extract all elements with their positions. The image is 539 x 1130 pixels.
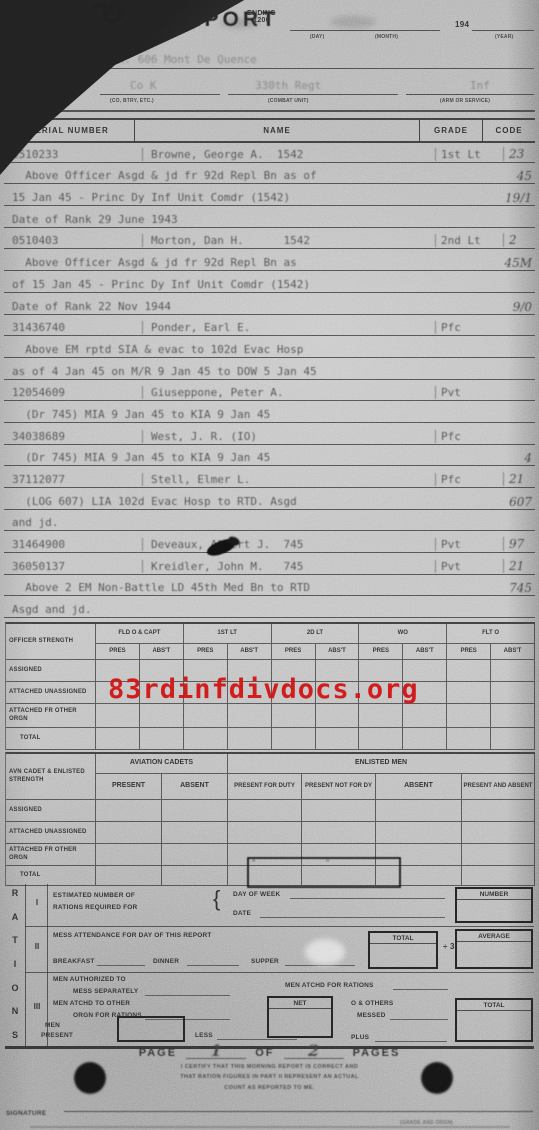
roster-name: Kreidler, John M. 745 [142, 560, 435, 573]
estimated-label-2: RATIONS REQUIRED FOR [53, 904, 137, 911]
empty-cell [376, 822, 462, 844]
roster-code: 23 [503, 147, 535, 161]
date-label: DATE [233, 910, 251, 917]
empty-cell [359, 728, 403, 750]
plus-label: PLUS [351, 1034, 369, 1041]
signature-label: SIGNATURE [6, 1110, 47, 1117]
empty-cell [96, 728, 140, 750]
roster-note: 15 Jan 45 - Princ Dy Inf Unit Comdr (154… [4, 191, 535, 204]
roster-grade: 1st Lt [435, 148, 503, 161]
roster-line: Above Officer Asgd & jd fr 92d Repl Bn a… [4, 163, 535, 185]
roster-note: and jd. [4, 516, 535, 529]
empty-cell [447, 682, 491, 704]
station-line [60, 68, 534, 69]
rations-side-label: RA TI ON S [5, 888, 25, 1040]
roster-grade: Pfc [435, 321, 503, 334]
total-box-2: TOTAL [455, 998, 533, 1042]
morning-report-scan: MORNING REPORT ENDING 1200 (DAY) (MONTH)… [0, 0, 539, 1130]
roster-grade: Pvt [435, 560, 503, 573]
roster-line: 36050137Kreidler, John M. 745Pvt21 [4, 553, 535, 575]
blank-line [260, 917, 445, 918]
empty-cell [491, 682, 535, 704]
number-box: NUMBER [455, 887, 533, 923]
org-caption-2: (COMBAT UNIT) [268, 98, 309, 104]
empty-cell [96, 866, 162, 886]
supper-label: SUPPER [251, 958, 279, 965]
roster-margin-note: 9/0 [513, 300, 532, 314]
empty-cell [228, 728, 272, 750]
men-present-2: PRESENT [41, 1032, 73, 1039]
group-1st-lt: 1ST LT [184, 624, 272, 644]
estimated-label-1: ESTIMATED NUMBER OF [53, 892, 135, 899]
roster-line: 15 Jan 45 - Princ Dy Inf Unit Comdr (154… [4, 184, 535, 206]
empty-cell [96, 844, 162, 866]
subhead-present-not-for-dy: PRESENT NOT FOR DY [302, 774, 376, 800]
roster-code: 97 [503, 537, 535, 551]
roster-note: Above Officer Asgd & jd fr 92d Repl Bn a… [4, 169, 535, 182]
roster-note: Above Officer Asgd & jd fr 92d Repl Bn a… [4, 256, 535, 269]
empty-cell [491, 728, 535, 750]
roster-code: 2 [503, 233, 535, 247]
roster-line: 37112077Stell, Elmer L.Pfc21 [4, 466, 535, 488]
roster-line: Above Officer Asgd & jd fr 92d Repl Bn a… [4, 249, 535, 271]
roster-line: 0510233Browne, George A. 15421st Lt23 [4, 141, 535, 163]
empty-cell [228, 822, 302, 844]
rations-letter: I [14, 959, 17, 969]
roster-line: (Dr 745) MIA 9 Jan 45 to KIA 9 Jan 454 [4, 445, 535, 467]
empty-cell [184, 704, 228, 728]
roster-name: Morton, Dan H. 1542 [142, 234, 435, 247]
blank-line [217, 1039, 297, 1040]
rations-letter: N [12, 1006, 19, 1016]
officer-strength-header: OFFICER STRENGTH [6, 624, 96, 660]
roster-serial: 37112077 [4, 473, 142, 486]
subhead-present-and-absent: PRESENT AND ABSENT [462, 774, 535, 800]
blank-line [97, 965, 145, 966]
empty-cell [228, 800, 302, 822]
empty-cell [447, 704, 491, 728]
page-label: PAGE [139, 1047, 177, 1059]
roster-note: as of 4 Jan 45 on M/R 9 Jan 45 to DOW 5 … [4, 365, 535, 378]
subhead-abst: ABS'T [403, 644, 447, 660]
roster-line: 31436740Ponder, Earl E.Pfc [4, 315, 535, 337]
empty-cell [162, 844, 228, 866]
page-number: 1 [211, 1041, 222, 1060]
signature-row: SIGNATURE [6, 1102, 533, 1120]
day-caption: (DAY) [310, 34, 324, 40]
org-line-2 [228, 94, 398, 95]
divider [25, 884, 26, 1046]
blank-line [390, 1019, 448, 1020]
header-separator [4, 110, 535, 112]
row-assigned: ASSIGNED [6, 660, 96, 682]
empty-cell [316, 728, 360, 750]
rations-letter: R [12, 888, 19, 898]
empty-cell [140, 704, 184, 728]
group-flt-o: FLT O [447, 624, 535, 644]
empty-cell [491, 704, 535, 728]
subhead-pres: PRES [359, 644, 403, 660]
roster-line: Date of Rank 29 June 1943 [4, 206, 535, 228]
subhead-pres: PRES [447, 644, 491, 660]
roster-serial: 0510233 [4, 148, 142, 161]
ink-smudge [220, 18, 260, 28]
ditto-mark: " [252, 858, 255, 868]
average-box-label: AVERAGE [457, 931, 531, 942]
roster-serial: 31464900 [4, 538, 142, 551]
roster-code: 21 [503, 559, 535, 573]
roster-line: Date of Rank 22 Nov 19449/0 [4, 293, 535, 315]
empty-cell [403, 728, 447, 750]
empty-cell [359, 704, 403, 728]
roster-header: SERIAL NUMBER NAME GRADE CODE [4, 118, 535, 143]
pages-number: 2 [308, 1041, 319, 1060]
divider [25, 972, 534, 973]
roster-grade: Pvt [435, 538, 503, 551]
org-co-value: Co K [130, 79, 157, 92]
ink-smudge [330, 16, 376, 28]
subhead-abst: ABS'T [228, 644, 272, 660]
roster-line: Above 2 EM Non-Battle LD 45th Med Bn to … [4, 575, 535, 597]
subhead-pres: PRES [272, 644, 316, 660]
empty-cell [462, 800, 535, 822]
roster-margin-note: 4 [524, 451, 532, 465]
section-iii: III [29, 1002, 45, 1011]
total-box-2-label: TOTAL [457, 1000, 531, 1011]
subhead-absent-em: ABSENT [376, 774, 462, 800]
col-code: CODE [483, 120, 535, 141]
roster-serial: 0510403 [4, 234, 142, 247]
org-caption-3: (ARM OR SERVICE) [440, 98, 490, 104]
net-box-label: NET [269, 998, 331, 1009]
subhead-pres: PRES [96, 644, 140, 660]
year-line [472, 30, 534, 31]
subhead-present: PRESENT [96, 774, 162, 800]
empty-cell [272, 728, 316, 750]
roster-line: as of 4 Jan 45 on M/R 9 Jan 45 to DOW 5 … [4, 358, 535, 380]
men-present-1: MEN [45, 1022, 60, 1029]
dinner-label: DINNER [153, 958, 179, 965]
roster-note: of 15 Jan 45 - Princ Dy Inf Unit Comdr (… [4, 278, 535, 291]
roster-note: Asgd and jd. [4, 603, 535, 616]
watermark: 83rdinfdivdocs.org [108, 674, 419, 705]
roster-line: Asgd and jd. [4, 596, 535, 618]
blank-line [290, 898, 445, 899]
roster-grade: 2nd Lt [435, 234, 503, 247]
roster-line: 0510403Morton, Dan H. 15422nd Lt2 [4, 228, 535, 250]
roster-serial: 12054609 [4, 386, 142, 399]
paper-smudge [305, 939, 345, 965]
subhead-pres: PRES [184, 644, 228, 660]
empty-cell [302, 800, 376, 822]
roster-note: Date of Rank 22 Nov 1944 [4, 300, 535, 313]
row-attached-other: ATTACHED FR OTHER ORGN [6, 704, 96, 728]
roster-margin-note: 607 [509, 495, 532, 509]
roster-grade: Pfc [435, 473, 503, 486]
ditto-mark: " [326, 858, 329, 868]
empty-cell [162, 800, 228, 822]
row-total: TOTAL [6, 866, 96, 886]
subhead-abst: ABS'T [140, 644, 184, 660]
atchd-for-rations-label: MEN ATCHD FOR RATIONS [285, 982, 374, 989]
total-box-label: TOTAL [370, 933, 436, 944]
org-line-1 [100, 94, 220, 95]
section-ii: II [29, 942, 45, 951]
auth-line-2: MESS SEPARATELY [73, 988, 138, 995]
empty-cell [272, 704, 316, 728]
rations-letter: T [12, 935, 18, 945]
empty-cell [462, 866, 535, 886]
net-box: NET [267, 996, 333, 1038]
row-assigned: ASSIGNED [6, 800, 96, 822]
total-emphasis-box [247, 857, 401, 888]
roster-name: Stell, Elmer L. [142, 473, 435, 486]
empty-cell [376, 800, 462, 822]
divide-by-3: ÷ 3 [443, 942, 455, 951]
empty-cell [491, 660, 535, 682]
year-prefix: 194 [455, 20, 469, 29]
roster-name: Giuseppone, Peter A. [142, 386, 435, 399]
less-label: LESS [195, 1032, 213, 1039]
empty-cell [184, 728, 228, 750]
subhead-absent: ABSENT [162, 774, 228, 800]
roster-margin-note: 45M [504, 256, 532, 270]
empty-cell [162, 822, 228, 844]
blank-line [285, 965, 355, 966]
empty-cell [316, 704, 360, 728]
blank-line [375, 1041, 447, 1042]
blank-line [393, 989, 448, 990]
rations-letter: S [12, 1030, 18, 1040]
month-caption: (MONTH) [375, 34, 398, 40]
others-line-2: MESSED [357, 1012, 386, 1019]
auth-line-1: MEN AUTHORIZED TO [53, 976, 126, 983]
roster-name: Deveaux, Albert J. 745 [142, 538, 435, 551]
roster-note: (LOG 607) LIA 102d Evac Hosp to RTD. Asg… [4, 495, 535, 508]
roster-margin-note: 745 [509, 581, 532, 595]
divider [25, 926, 534, 927]
blank-line [145, 995, 230, 996]
rations-section: RA TI ON S I ESTIMATED NUMBER OF RATIONS… [5, 884, 534, 1049]
rations-letter: A [12, 912, 19, 922]
subhead-present-for-duty: PRESENT FOR DUTY [228, 774, 302, 800]
empty-cell [96, 704, 140, 728]
roster-code: 21 [503, 472, 535, 486]
empty-cell [96, 822, 162, 844]
empty-cell [403, 704, 447, 728]
roster-note: Date of Rank 29 June 1943 [4, 213, 535, 226]
roster-note: Above 2 EM Non-Battle LD 45th Med Bn to … [4, 581, 535, 594]
pages-label: PAGES [353, 1047, 401, 1059]
avn-strength-header: AVN CADET & ENLISTED STRENGTH [6, 754, 96, 800]
roster-note: (Dr 745) MIA 9 Jan 45 to KIA 9 Jan 45 [4, 451, 535, 464]
empty-cell [228, 704, 272, 728]
atchd-other-1: MEN ATCHD TO OTHER [53, 1000, 130, 1007]
empty-cell [140, 728, 184, 750]
group-2d-lt: 2D LT [272, 624, 360, 644]
section-i: I [29, 898, 45, 907]
roster-name: Ponder, Earl E. [142, 321, 435, 334]
row-attached-unassigned: ATTACHED UNASSIGNED [6, 682, 96, 704]
punch-hole [421, 1062, 453, 1094]
empty-cell [447, 660, 491, 682]
roster-name: Browne, George A. 1542 [142, 148, 435, 161]
others-line-1: O & OTHERS [351, 1000, 393, 1007]
empty-cell [96, 800, 162, 822]
roster-line: 34038689West, J. R. (IO)Pfc [4, 423, 535, 445]
year-caption: (YEAR) [495, 34, 513, 40]
row-total: TOTAL [6, 728, 96, 750]
page-line: PAGE 1 OF 2 PAGES [0, 1046, 539, 1059]
roster-line: 12054609Giuseppone, Peter A.Pvt [4, 380, 535, 402]
org-arm-value: Inf [470, 79, 490, 92]
empty-cell [462, 844, 535, 866]
subhead-abst: ABS'T [491, 644, 535, 660]
roster-line: (Dr 745) MIA 9 Jan 45 to KIA 9 Jan 45 [4, 401, 535, 423]
brace: { [213, 886, 221, 912]
mess-attendance-title: MESS ATTENDANCE FOR DAY OF THIS REPORT [53, 932, 212, 939]
roster-line: Above EM rptd SIA & evac to 102d Evac Ho… [4, 336, 535, 358]
roster-name: West, J. R. (IO) [142, 430, 435, 443]
subhead-abst: ABS'T [316, 644, 360, 660]
blank-line [187, 965, 239, 966]
roster-serial: 34038689 [4, 430, 142, 443]
roster-line: and jd. [4, 510, 535, 532]
roster-line: (LOG 607) LIA 102d Evac Hosp to RTD. Asg… [4, 488, 535, 510]
org-unit-value: 330th Regt [255, 79, 321, 92]
signature-line [64, 1111, 533, 1112]
men-present-box [117, 1016, 185, 1042]
total-box: TOTAL [368, 931, 438, 969]
roster-note: (Dr 745) MIA 9 Jan 45 to KIA 9 Jan 45 [4, 408, 535, 421]
roster-serial: 31436740 [4, 321, 142, 334]
day-of-week-label: DAY OF WEEK [233, 891, 280, 898]
roster-note: Above EM rptd SIA & evac to 102d Evac Ho… [4, 343, 535, 356]
roster-margin-note: 19/1 [505, 191, 532, 205]
row-attached-unassigned: ATTACHED UNASSIGNED [6, 822, 96, 844]
rations-letter: O [11, 983, 18, 993]
col-grade: GRADE [420, 120, 483, 141]
roster-grade: Pvt [435, 386, 503, 399]
handwriting-squiggle [92, 0, 136, 26]
roster-line: 31464900Deveaux, Albert J. 745Pvt97 [4, 531, 535, 553]
empty-cell [447, 728, 491, 750]
of-label: OF [255, 1047, 274, 1059]
roster-body: 0510233Browne, George A. 15421st Lt23 Ab… [4, 141, 535, 618]
punch-hole [74, 1062, 106, 1094]
group-wo: WO [359, 624, 447, 644]
group-aviation-cadets: AVIATION CADETS [96, 754, 228, 774]
org-caption-1: (CO, BTRY, ETC.) [110, 98, 154, 104]
ending-date-line [290, 30, 440, 31]
roster-grade: Pfc [435, 430, 503, 443]
empty-cell [162, 866, 228, 886]
col-name: NAME [135, 120, 420, 141]
roster-serial: 36050137 [4, 560, 142, 573]
group-fldo-capt: FLD O & CAPT [96, 624, 184, 644]
breakfast-label: BREAKFAST [53, 958, 95, 965]
org-line-3 [406, 94, 534, 95]
bottom-edge-line [30, 1126, 510, 1128]
empty-cell [462, 822, 535, 844]
row-attached-other: ATTACHED FR OTHER ORGN [6, 844, 96, 866]
average-box: AVERAGE [455, 929, 533, 969]
roster-line: of 15 Jan 45 - Princ Dy Inf Unit Comdr (… [4, 271, 535, 293]
number-box-label: NUMBER [457, 889, 531, 900]
roster-margin-note: 45 [517, 169, 532, 183]
empty-cell [302, 822, 376, 844]
group-enlisted-men: ENLISTED MEN [228, 754, 535, 774]
